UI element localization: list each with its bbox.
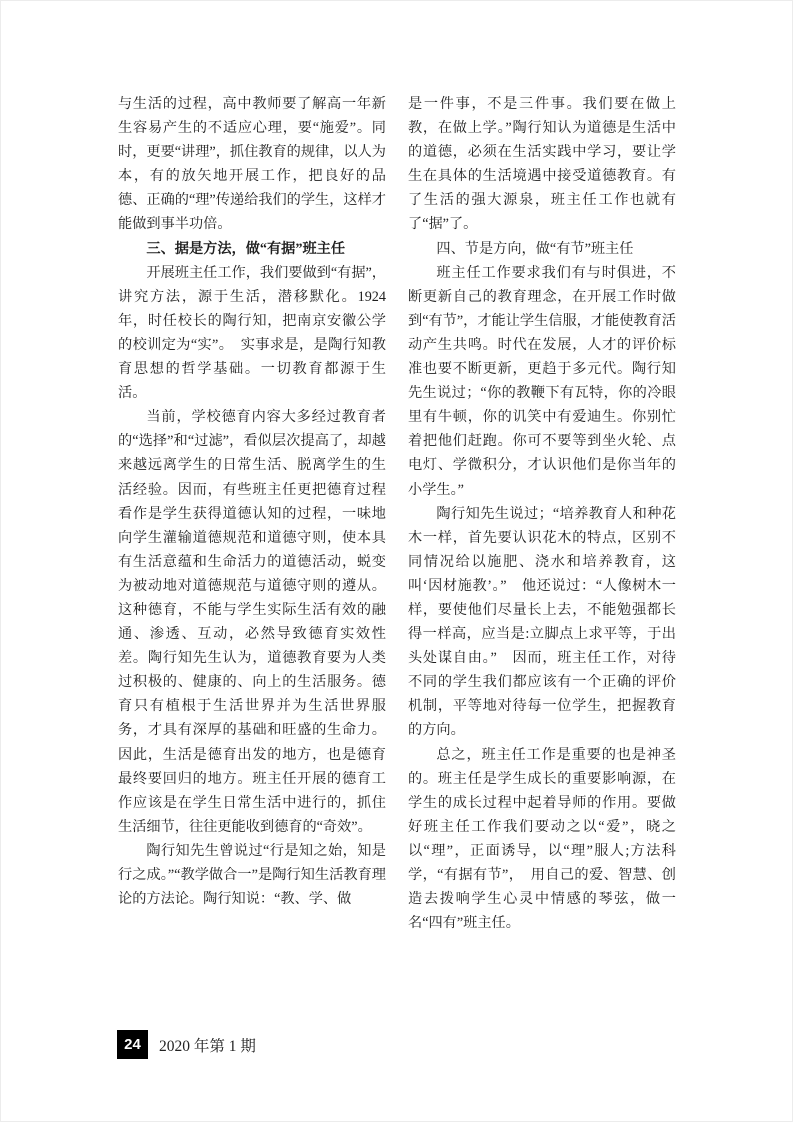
- article-paragraph: 与生活的过程，高中教师要了解高一年新生容易产生的不适应心理，要“施爱”。同时，更…: [118, 92, 386, 237]
- article-paragraph: 陶行知先生说过；“培养教育人和种花木一样，首先要认识花木的特点，区别不同情况给以…: [408, 502, 676, 743]
- article-column-left: 与生活的过程，高中教师要了解高一年新生容易产生的不适应心理，要“施爱”。同时，更…: [118, 92, 386, 911]
- article-paragraph: 班主任工作要求我们有与时俱进，不断更新自己的教育理念，在开展工作时做到“有节”，…: [408, 261, 676, 502]
- article-paragraph: 开展班主任工作，我们要做到“有据”，讲究方法，源于生活，潜移默化。1924 年，…: [118, 261, 386, 406]
- article-paragraph: 总之，班主任工作是重要的也是神圣的。班主任是学生成长的重要影响源，在学生的成长过…: [408, 743, 676, 936]
- article-paragraph: 陶行知先生曾说过“行是知之始，知是行之成。”“教学做合一”是陶行知生活教育理论的…: [118, 839, 386, 911]
- section-heading: 四、节是方向，做“有节”班主任: [408, 237, 676, 261]
- section-heading: 三、据是方法，做“有据”班主任: [118, 237, 386, 261]
- issue-label: 2020 年第 1 期: [159, 1034, 256, 1056]
- article-paragraph: 是一件事，不是三件事。我们要在做上教，在做上学。”陶行知认为道德是生活中的道德，…: [408, 92, 676, 237]
- page-footer: 24 2020 年第 1 期: [117, 1030, 256, 1059]
- article-column-right: 是一件事，不是三件事。我们要在做上教，在做上学。”陶行知认为道德是生活中的道德，…: [408, 92, 676, 935]
- article-paragraph: 当前，学校德育内容大多经过教育者的“选择”和“过滤”，看似层次提高了，却越来越远…: [118, 405, 386, 839]
- page-number-badge: 24: [117, 1030, 148, 1059]
- journal-page: 与生活的过程，高中教师要了解高一年新生容易产生的不适应心理，要“施爱”。同时，更…: [0, 0, 793, 1122]
